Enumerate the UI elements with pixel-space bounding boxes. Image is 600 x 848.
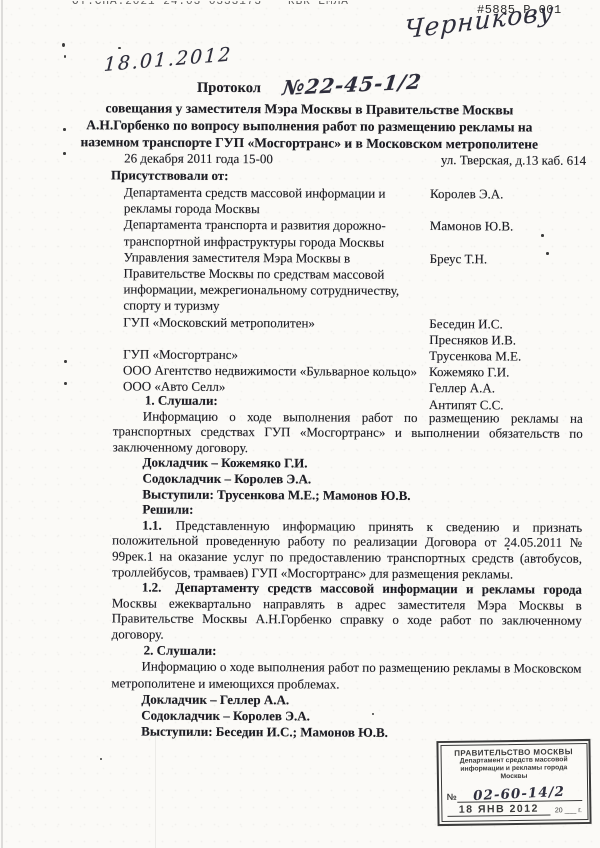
decision-text: Москвы ежеквартально направлять в адрес … (112, 595, 582, 641)
attendee-name: Кожемяко Г.И. (429, 364, 588, 381)
attendee-org: Управления заместителя Мэра Москвы в Пра… (123, 249, 429, 315)
attendee-name: Королев Э.А. (430, 186, 589, 203)
attendees-heading: Присутствовали от: (111, 167, 229, 184)
attendee-name: Бреус Т.Н. (430, 251, 589, 268)
stamp-date: 18 ЯНВ 2012 (447, 803, 551, 817)
attendee-name: Трусенкова М.Е. (429, 348, 588, 365)
scan-speck (63, 152, 66, 155)
attendee-name: Беседин И.С. (429, 316, 588, 333)
meeting-datetime: 26 декабря 2011 года 15-00 (124, 150, 273, 167)
scan-speck (62, 43, 65, 47)
attendee-org: Департамента транспорта и развития дорож… (124, 217, 430, 251)
stamp-number-prefix: № (447, 792, 457, 803)
document-title: Протокол№22-45-1/2 совещания у заместите… (39, 72, 579, 153)
scan-speck (64, 360, 67, 363)
decision-text: Представленную информацию принять к свед… (112, 517, 582, 581)
registration-stamp: ПРАВИТЕЛЬСТВО МОСКВЫ Департамент средств… (436, 739, 591, 826)
decision-item-1-2: 1.2.Департаменту средств массовой информ… (112, 580, 582, 645)
scan-speck (64, 55, 66, 58)
decision-bold-lead: Департаменту средств массовой информации… (175, 580, 582, 597)
section-1-heading: 1. Слушали: (113, 392, 583, 410)
handwritten-date-note: 18.01.2012 (103, 43, 233, 76)
section-2: 2. Слушали: Информацию о ходе выполнения… (111, 642, 582, 742)
section-2-paragraph: Информацию о ходе выполнения работ по ра… (111, 659, 581, 694)
title-line-4: наземном транспорте ГУП «Мосгортранс» и … (39, 133, 579, 153)
meeting-location: ул. Тверская, д.13 каб. 614 (441, 152, 586, 169)
scan-speck (118, 47, 121, 49)
decision-number: 1.2. (142, 580, 162, 595)
attendee-row: Департамента средств массовой информации… (124, 184, 589, 219)
attendee-org: ООО Агентство недвижимости «Бульварное к… (123, 363, 429, 381)
title-protocol-line: Протокол№22-45-1/2 (39, 72, 579, 99)
title-subject: совещания у заместителя Мэра Москвы в Пр… (39, 99, 579, 153)
scan-speck (100, 758, 102, 760)
attendee-row: Департамента транспорта и развития дорож… (124, 217, 589, 252)
attendee-name: Мамонов Ю.В. (430, 218, 589, 235)
stamp-department-line2: информации и рекламы города Москвы (446, 764, 581, 782)
attendee-name: Пресняков И.В. (429, 332, 588, 349)
scan-speck (372, 713, 374, 715)
scan-speck (546, 252, 549, 255)
stamp-year-blank: 20 ___ (555, 808, 577, 815)
protocol-label: Протокол (197, 80, 261, 96)
document-body: 18.01.2012 Протокол№22-45-1/2 совещания … (0, 0, 600, 848)
section-1: 1. Слушали: Информацию о ходе выполнения… (112, 392, 583, 644)
attendee-org: ГУП «Мосгортранс» (123, 346, 429, 364)
stamp-handwritten-number: 02-60-14/2 (473, 784, 566, 804)
handwritten-protocol-number: №22-45-1/2 (281, 69, 423, 100)
section-1-co-speaker: Содокладчик – Королев Э.А. (112, 470, 582, 488)
scan-speck (507, 548, 509, 550)
attendees-table: Департамента средств массовой информации… (123, 184, 589, 413)
attendee-row: Управления заместителя Мэра Москвы в Пра… (123, 249, 588, 316)
decision-item-1-1: 1.1.Представленную информацию принять к … (112, 517, 582, 582)
attendee-row: ГУП «Московский метрополитен» Беседин И.… (123, 314, 588, 349)
scan-speck (541, 234, 544, 237)
scanned-protocol-page: ОТ.СНА.2021 24.03 0333173 КВК ЕМЛА #5885… (0, 0, 600, 848)
meeting-meta: 26 декабря 2011 года 15-00 ул. Тверская,… (124, 150, 586, 168)
scan-speck (63, 128, 66, 131)
attendee-org: Департамента средств массовой информации… (124, 184, 430, 218)
stamp-year-suffix: г. (578, 807, 582, 814)
scan-speck (64, 382, 67, 385)
decision-number: 1.1. (142, 517, 162, 532)
attendee-org: ГУП «Московский метрополитен» (123, 314, 429, 348)
section-1-paragraph: Информацию о ходе выполнения работ по ра… (113, 408, 583, 457)
